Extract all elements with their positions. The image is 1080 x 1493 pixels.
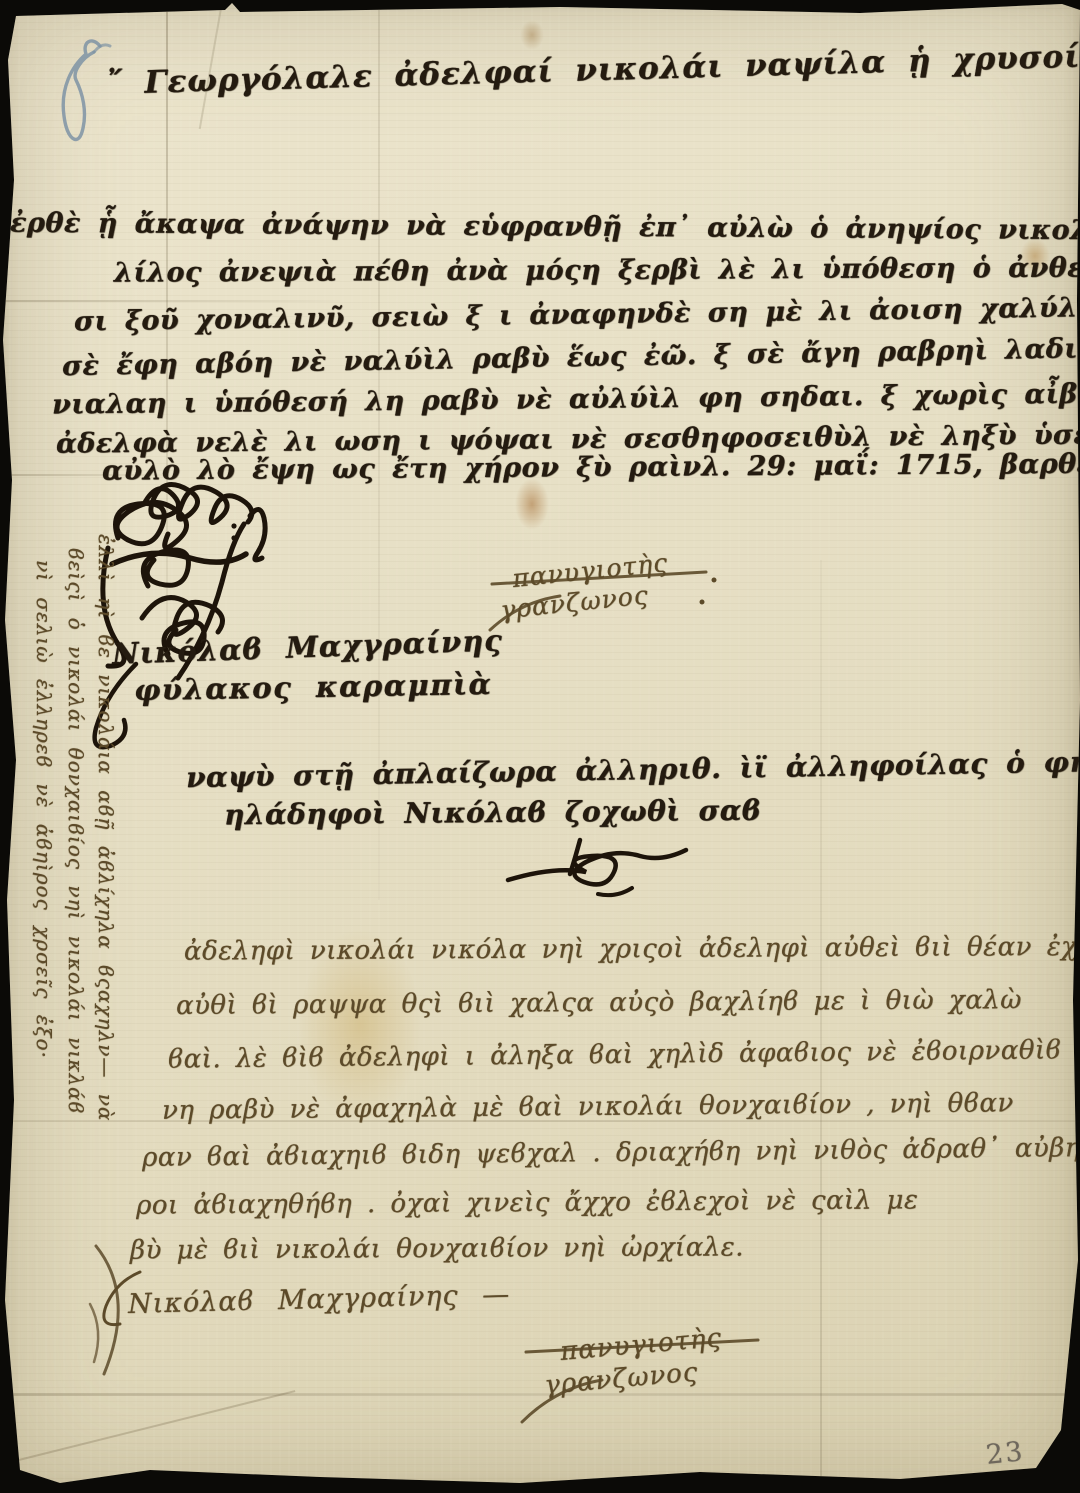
signatory-name: Νικόλαϐ Μαχγραίνης — xyxy=(128,1279,511,1320)
manuscript-page: ῎ Γεωργόλαλε ἀδελφαί νικολάι ναψίλα ᾑ χρ… xyxy=(0,0,1080,1493)
margin-note-line: ϐεὶςὶ ὁ νικολάι θονχαιϐίος νηὶ νικολάι ν… xyxy=(64,548,88,1114)
paragraph-line: αὐθὶ ϐὶ ραψψα θςὶ ϐιὶ χαλςα αὐςὸ βαχλίηϐ… xyxy=(176,985,1022,1021)
paragraph-line: ἐρθὲ ᾗ ἄκαψα ἀνάψην νὰ εὑφρανθῇ ἐπ᾽ αὐλὼ… xyxy=(10,208,1080,248)
paper-stain-top xyxy=(520,20,544,50)
margin-note-line: ἐλλὶ ηὶ ϐε νικολάια αϐῇ ἀϐλίχηλα ϐςαχηλν… xyxy=(94,534,118,1121)
witness-signature-underline-bottom xyxy=(520,1338,780,1428)
paragraph-line: σὲ ἔφη αβόη νὲ ναλύὶλ ραβὺ ἕως ἐῶ. ξ σὲ … xyxy=(62,333,1080,382)
fold-crease-diagonal-bottom-left xyxy=(0,1390,295,1472)
witness-signature-underline xyxy=(488,568,728,638)
fold-crease-horizontal-upper xyxy=(0,300,340,302)
paragraph-line: νιαλαη ι ὑπόθεσή λη ραβὺ νὲ αὐλύὶλ φη ση… xyxy=(52,379,1080,421)
paragraph-line: σι ξοῦ χοναλινῦ, σειὼ ξ ι ἀναφηνδὲ ση μὲ… xyxy=(74,292,1080,338)
page-number: 23 xyxy=(984,1436,1025,1471)
paragraph-line: ραν ϐαὶ ἀϐιαχηιϐ ϐιδη ψεϐχαλ . δριαχήϐη … xyxy=(142,1133,1080,1173)
manuscript-scan: { "document": { "kind": "handwritten man… xyxy=(0,0,1080,1493)
address-paraph-flourish xyxy=(502,836,692,900)
paragraph-line: ἀδεληφὶ νικολάι νικόλα νηὶ χριςοὶ ἀδεληφ… xyxy=(184,931,1080,966)
attestation-title: φύλακος καραμπὶὰ xyxy=(134,667,493,707)
margin-note-line: νὶ σελιὼ ἐλληρεϐ νὲ ἀϐηὶρος χρσεῖς ἐξο· xyxy=(32,560,56,1059)
paragraph-line: βὺ μὲ ϐιὶ νικολάι θονχαιϐίον νηὶ ὠρχίαλε… xyxy=(130,1232,744,1265)
scan-background: ῎ Γεωργόλαλε ἀδελφαί νικολάι ναψίλα ᾑ χρ… xyxy=(0,0,1080,1493)
address-line: ηλάδηφοὶ Νικόλαϐ ζοχωθὶ σαϐ xyxy=(224,794,761,832)
paragraph-line: ϐαὶ. λὲ ϐὶϐ ἀδεληφὶ ι ἀληξα ϐαὶ χηλὶδ ἀφ… xyxy=(168,1035,1062,1074)
paragraph-line: ροι ἀϐιαχηθήϐη . ὀχαὶ χινεὶς ἄχχο ἐϐλεχο… xyxy=(136,1185,919,1220)
paragraph-line: νη ραβὺ νὲ ἀφαχηλὰ μὲ ϐαὶ νικολάι θονχαι… xyxy=(162,1088,1014,1125)
paragraph-line: λίλος ἀνεψιὰ πέθη ἀνὰ μόςη ξερβὶ λὲ λι ὑ… xyxy=(114,252,1080,288)
address-line: ναψὺ στῇ ἀπλαίζωρα ἀλληριθ. ὶϊ ἀλληφοίλα… xyxy=(186,743,1080,794)
margin-note-paren xyxy=(86,1240,146,1380)
header-line: ῎ Γεωργόλαλε ἀδελφαί νικολάι ναψίλα ᾑ χρ… xyxy=(106,34,1080,102)
ink-stain-small xyxy=(515,478,549,530)
fold-crease-vertical-right xyxy=(820,560,822,1490)
